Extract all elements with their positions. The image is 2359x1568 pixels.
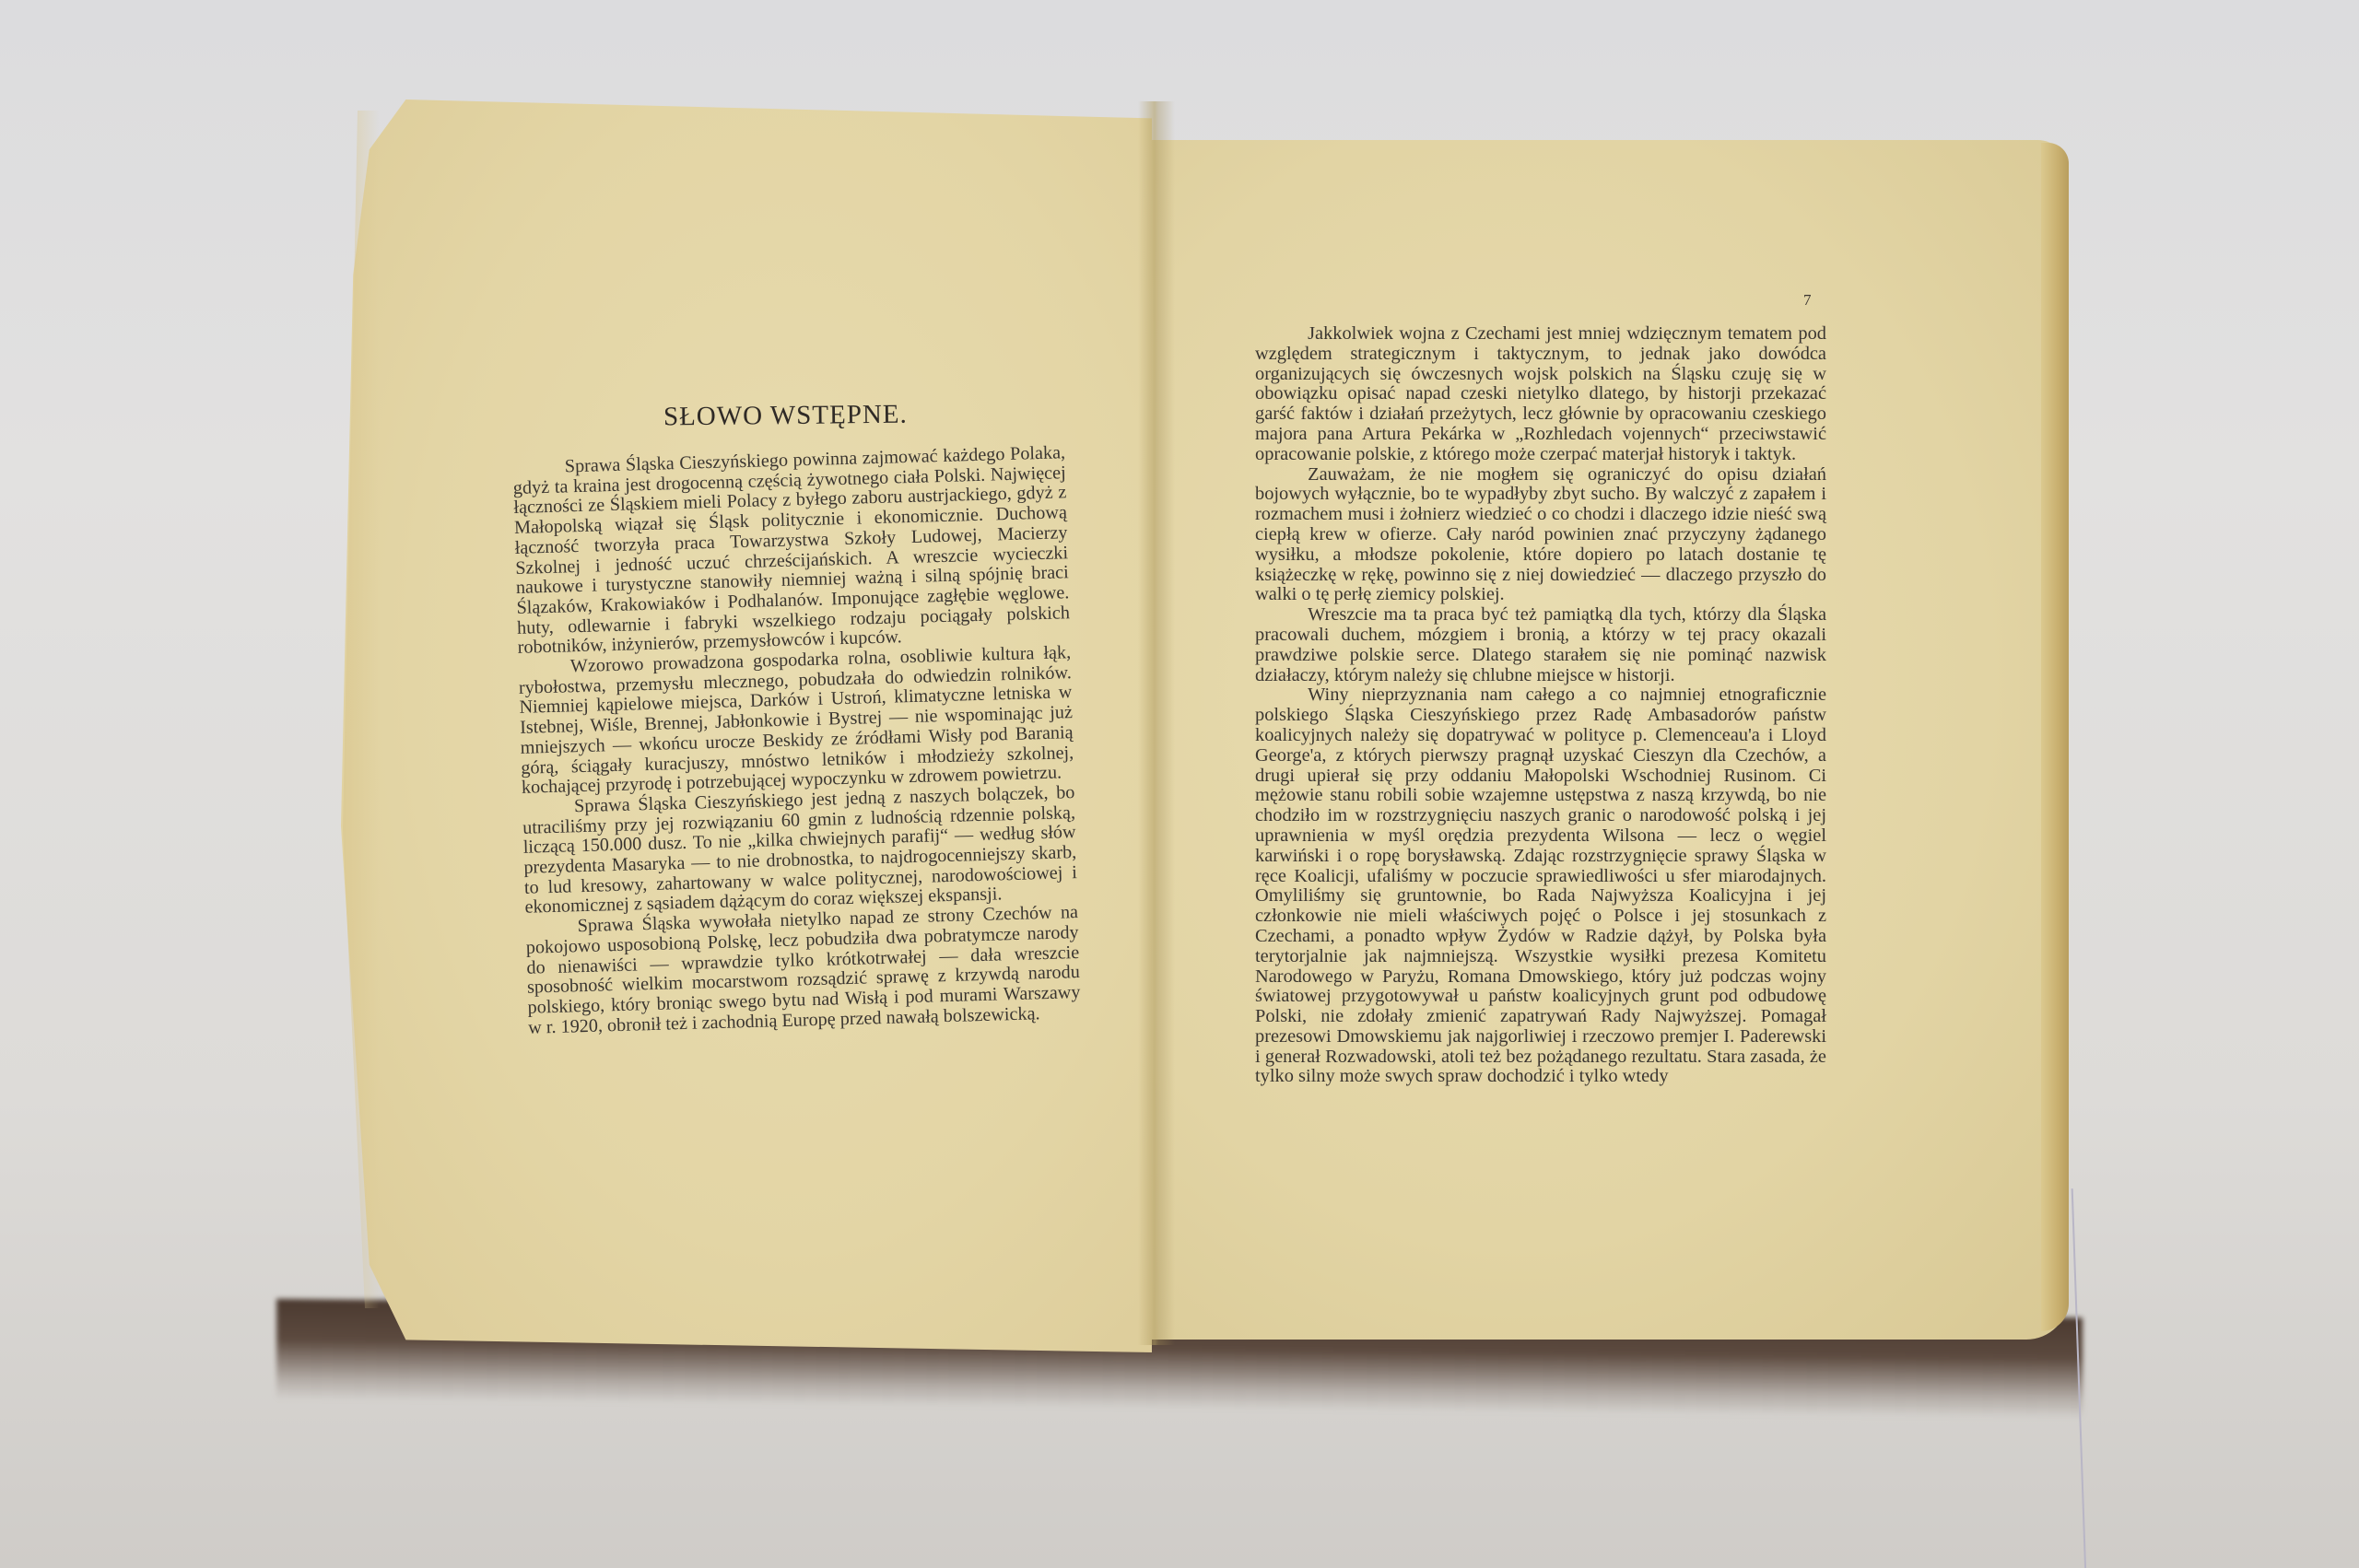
paragraph: Wreszcie ma ta praca być też pamiątką dl… [1255,605,1826,685]
left-page-text: Sprawa Śląska Cieszyńskiego powinna zajm… [512,443,1081,1038]
left-page-edge [343,111,380,1308]
paragraph: Winy nieprzyznania nam całego a co najmn… [1255,685,1826,1087]
right-page-edge [2041,143,2069,1331]
paragraph: Sprawa Śląska Cieszyńskiego powinna zajm… [512,443,1071,659]
chapter-heading: SŁOWO WSTĘPNE. [663,400,908,433]
page-number: 7 [1803,291,1812,310]
paragraph: Sprawa Śląska wywołała nietylko napad ze… [525,903,1081,1038]
book-gutter [1138,101,1175,1345]
paragraph: Wzorowo prowadzona gospodarka rolna, oso… [518,643,1074,799]
paragraph: Sprawa Śląska Cieszyńskiego jest jedną z… [522,783,1077,919]
right-page-text: Jakkolwiek wojna z Czechami jest mniej w… [1255,324,1826,1087]
photo-scene: SŁOWO WSTĘPNE. Sprawa Śląska Cieszyńskie… [0,0,2359,1568]
paragraph: Zauważam, że nie mogłem się ograniczyć d… [1255,465,1826,606]
paragraph: Jakkolwiek wojna z Czechami jest mniej w… [1255,324,1826,465]
